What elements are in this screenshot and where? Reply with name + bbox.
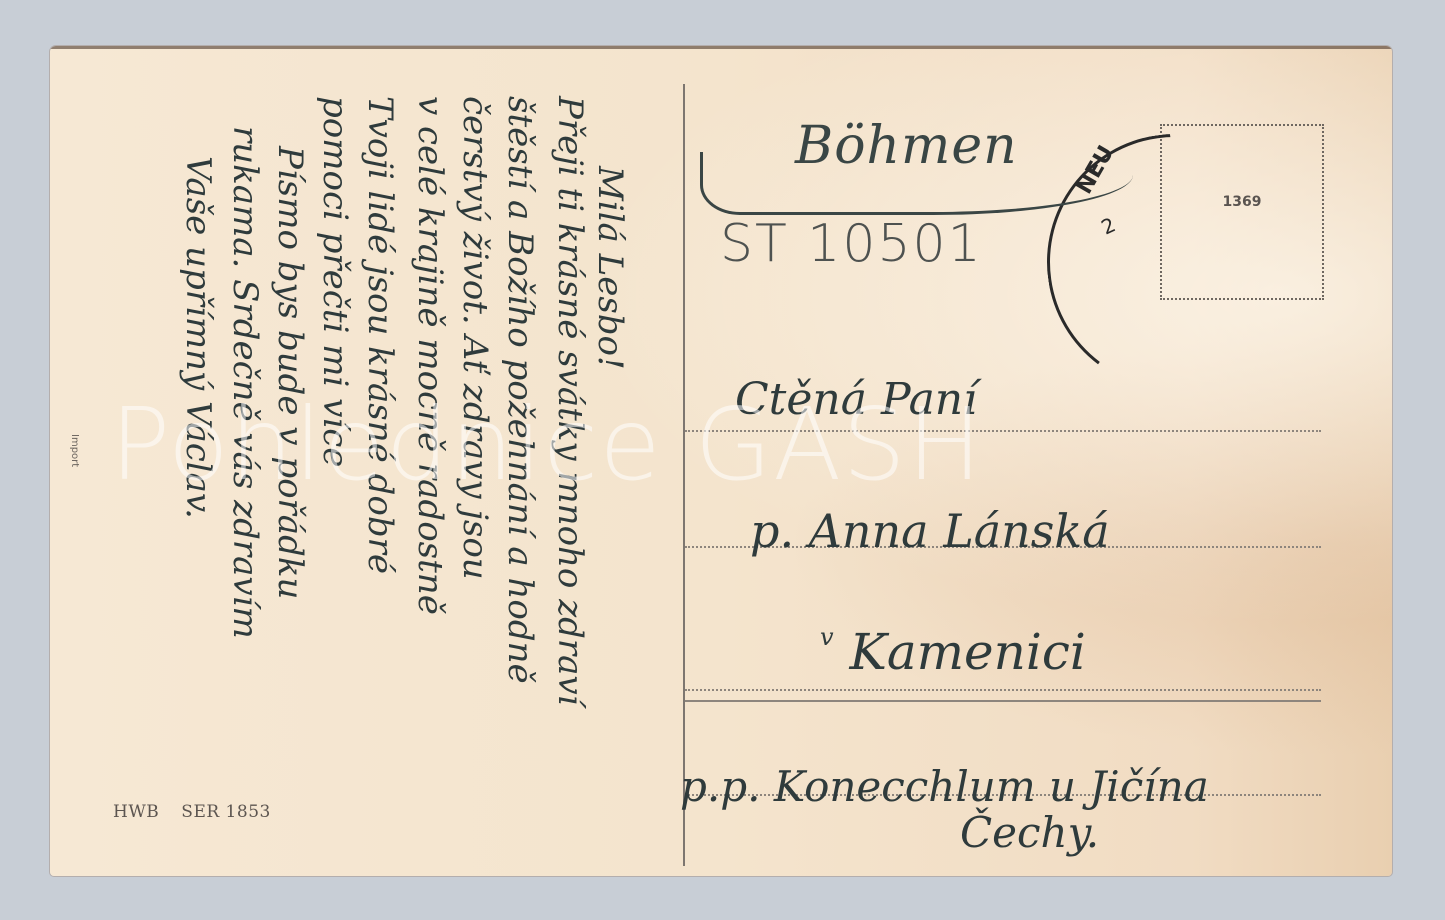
handwritten-message: Milá Lesbo! Přeji ti krásné svátky mnoho… (70, 66, 650, 846)
address-line (685, 689, 1321, 691)
series-number: SER 1853 (181, 802, 271, 822)
address-post-office: p.p. Konecchlum u Jičína (680, 762, 1209, 811)
message-line: Vaše upřímný Václav. (178, 156, 218, 519)
message-line: pomoci přečti mi více (315, 96, 355, 467)
message-line: v celé krajině mocně radostně (410, 96, 450, 615)
town-prefix: v (820, 623, 834, 651)
message-line: štěstí a Božího požehnání a hodně (500, 96, 540, 684)
address-separator (685, 700, 1321, 702)
vertical-divider (683, 84, 685, 866)
publisher-mark: HWB (113, 802, 159, 822)
destination-country: Böhmen (795, 116, 1018, 176)
message-line: Přeji ti krásné svátky mnoho zdraví (550, 96, 590, 706)
postcard-back: Milá Lesbo! Přeji ti krásné svátky mnoho… (50, 46, 1392, 876)
message-line: rukama. Srdečně vás zdravím (225, 126, 265, 639)
address-country: Čechy. (960, 808, 1099, 857)
series-mark: HWBSER 1853 (113, 802, 293, 822)
message-line: Milá Lesbo! (590, 166, 630, 370)
reference-code: ST 10501 (720, 214, 983, 274)
address-salutation: Ctěná Paní (735, 374, 977, 425)
stamp-box-number: 1369 (1162, 194, 1322, 210)
message-line: Tvoji lidé jsou krásné dobré (360, 96, 400, 574)
message-line: čerstvý život. Ať zdravy jsou (455, 96, 495, 580)
town-name: Kamenici (849, 623, 1085, 681)
message-line: Písmo bys bude v pořádku (270, 146, 310, 599)
imprint-label: Import (69, 434, 80, 467)
address-town: v Kamenici (820, 623, 1086, 681)
address-name: p. Anna Lánská (750, 504, 1110, 558)
address-line (685, 430, 1321, 432)
